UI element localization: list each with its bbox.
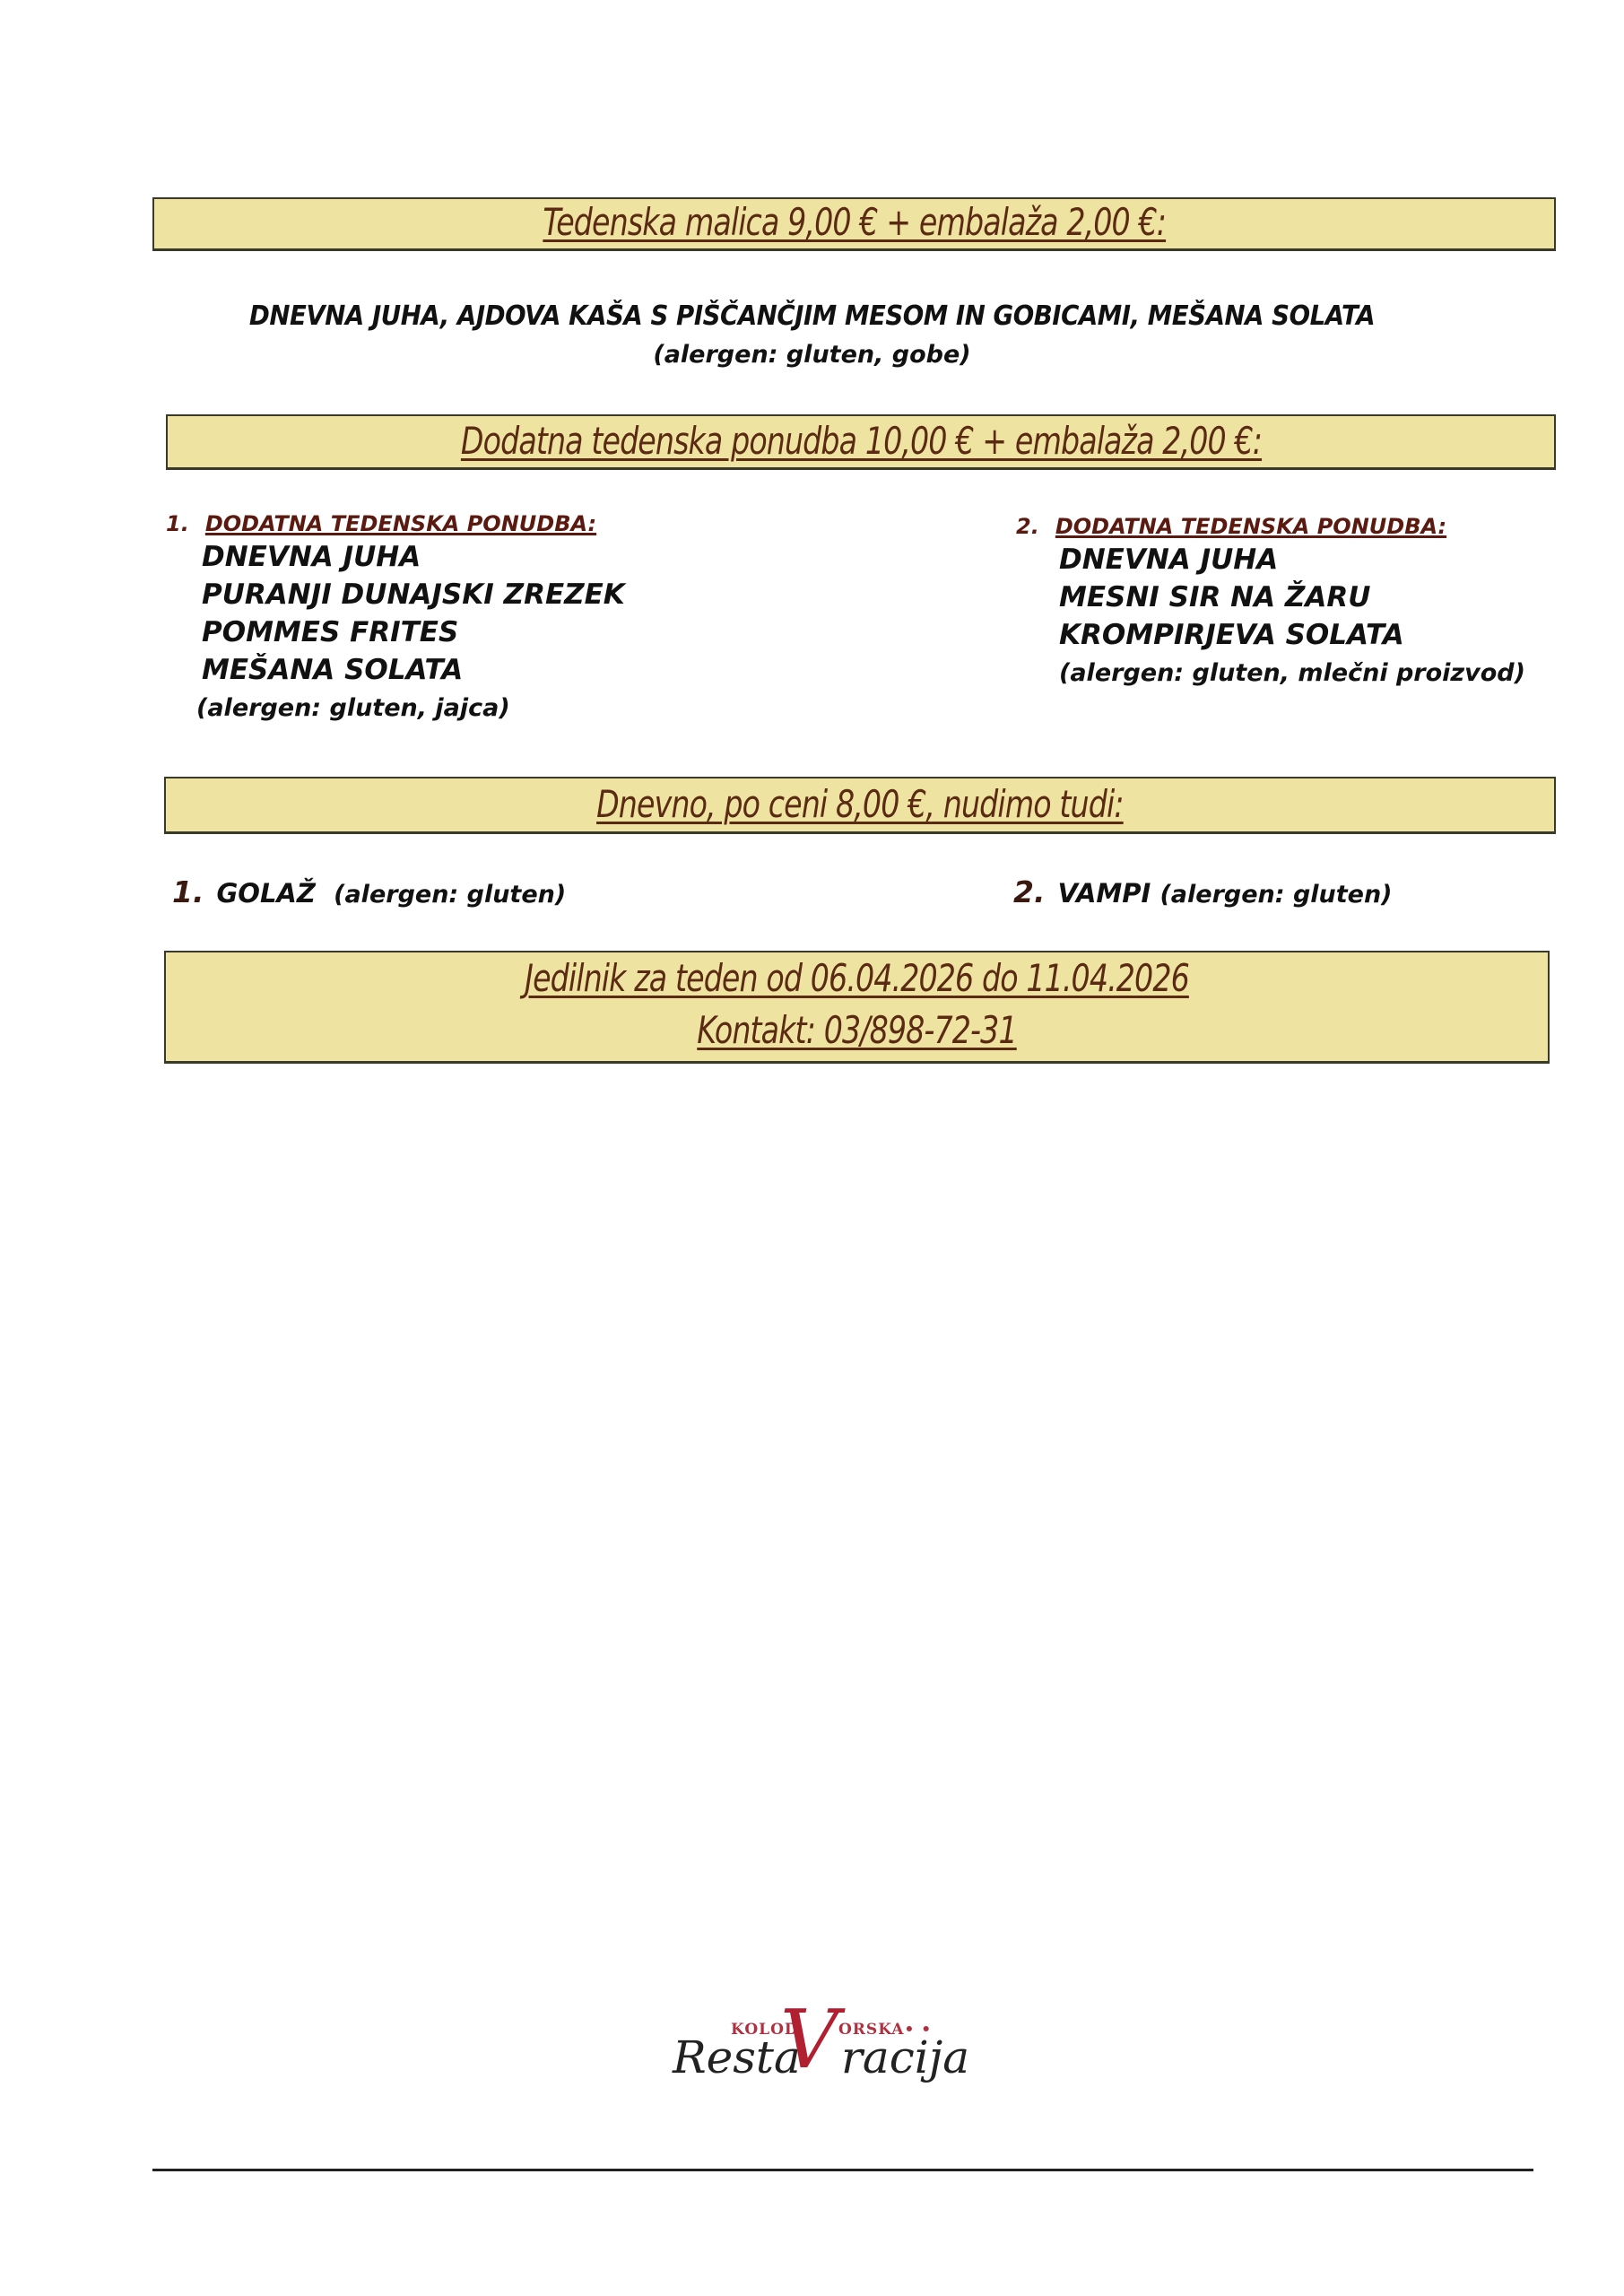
list-item: POMMES FRITES <box>202 613 625 651</box>
additional-offer-title: Dodatna tedenska ponudba 10,00 € + embal… <box>460 416 1261 466</box>
daily-item-number: 1. <box>172 874 204 909</box>
daily-item-1: 1.GOLAŽ (alergen: gluten) <box>172 874 566 909</box>
daily-item-name: VAMPI <box>1058 878 1151 909</box>
daily-item-name: GOLAŽ <box>217 878 316 909</box>
weekly-lunch-banner: Tedenska malica 9,00 € + embalaža 2,00 €… <box>152 197 1556 251</box>
list-item: DNEVNA JUHA <box>202 538 625 576</box>
list-item: MESNI SIR NA ŽARU <box>1059 578 1525 616</box>
list-item: KROMPIRJEVA SOLATA <box>1059 616 1525 654</box>
option-heading: 2.DODATNA TEDENSKA PONUDBA: <box>1016 514 1525 539</box>
footer-divider <box>152 2169 1533 2171</box>
option-allergens: (alergen: gluten, mlečni proizvod) <box>1059 654 1525 693</box>
list-item: MEŠANA SOLATA <box>202 651 625 689</box>
daily-item-number: 2. <box>1013 874 1046 909</box>
weekly-lunch-allergens: (alergen: gluten, gobe) <box>0 341 1624 369</box>
menu-info-banner: Jedilnik za teden od 06.04.2026 do 11.04… <box>164 951 1550 1064</box>
logo-text-right: racija <box>841 2031 969 2083</box>
list-item: DNEVNA JUHA <box>1059 541 1525 578</box>
additional-option-1: 1.DODATNA TEDENSKA PONUDBA: DNEVNA JUHA … <box>166 511 625 728</box>
option-heading-text: DODATNA TEDENSKA PONUDBA: <box>1055 514 1446 539</box>
list-item: PURANJI DUNAJSKI ZREZEK <box>202 576 625 613</box>
option-heading-text: DODATNA TEDENSKA PONUDBA: <box>205 511 596 536</box>
daily-offer-title: Dnevno, po ceni 8,00 €, nudimo tudi: <box>596 778 1124 831</box>
logo-accent-letter: V <box>780 1996 838 2085</box>
option-allergens: (alergen: gluten, jajca) <box>196 689 625 728</box>
additional-option-2: 2.DODATNA TEDENSKA PONUDBA: DNEVNA JUHA … <box>1016 514 1525 693</box>
menu-week: Jedilnik za teden od 06.04.2026 do 11.04… <box>248 952 1464 1004</box>
weekly-lunch-title: Tedenska malica 9,00 € + embalaža 2,00 €… <box>543 199 1166 246</box>
weekly-lunch-dish: DNEVNA JUHA, AJDOVA KAŠA S PIŠČANČJIM ME… <box>65 300 1559 332</box>
restaurant-logo: KOLOD ORSKA• • Resta V racija <box>668 1996 973 2094</box>
daily-item-allergens: (alergen: gluten) <box>334 881 566 909</box>
daily-item-2: 2.VAMPI (alergen: gluten) <box>1013 874 1393 909</box>
daily-item-allergens: (alergen: gluten) <box>1159 881 1392 909</box>
option-number: 1. <box>166 511 189 536</box>
additional-offer-banner: Dodatna tedenska ponudba 10,00 € + embal… <box>166 414 1556 470</box>
contact-phone: Kontakt: 03/898-72-31 <box>248 1004 1464 1057</box>
option-number: 2. <box>1016 514 1039 539</box>
option-heading: 1.DODATNA TEDENSKA PONUDBA: <box>166 511 625 536</box>
daily-offer-banner: Dnevno, po ceni 8,00 €, nudimo tudi: <box>164 777 1556 834</box>
